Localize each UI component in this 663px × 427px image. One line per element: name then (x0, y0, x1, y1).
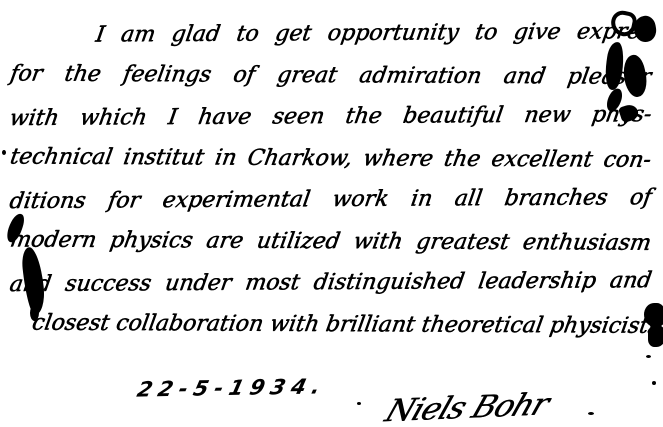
letter-line-1: I am glad to get opportunity to give exp… (7, 11, 655, 56)
ink-speck (588, 412, 594, 415)
ink-blot-right (648, 325, 663, 347)
ink-blot-left (30, 305, 39, 321)
letter-line-2: for the feelings of great admiration and… (7, 53, 654, 98)
signature-niels-bohr: Niels Bohr (380, 387, 553, 427)
ink-speck (646, 355, 651, 358)
letter-line-8: closest collaboration with brilliant the… (7, 302, 654, 347)
ink-speck (2, 150, 6, 155)
letter-line-5: ditions for experimental work in all bra… (7, 177, 655, 222)
letter-line-7: and success under most distinguished lea… (7, 260, 655, 305)
letter-line-3: with which I have seen the beautiful new… (7, 94, 655, 139)
ink-blot-right (644, 303, 663, 327)
letter-date: 22-5-1934. (135, 374, 329, 401)
scanned-handwritten-letter: I am glad to get opportunity to give exp… (0, 0, 663, 427)
letter-line-6: modern physics are utilized with greates… (7, 219, 654, 264)
ink-speck (652, 381, 656, 385)
letter-line-4: technical institut in Charkow, where the… (7, 136, 654, 181)
letter-body: I am glad to get opportunity to give exp… (10, 13, 651, 345)
ink-speck (357, 402, 361, 405)
